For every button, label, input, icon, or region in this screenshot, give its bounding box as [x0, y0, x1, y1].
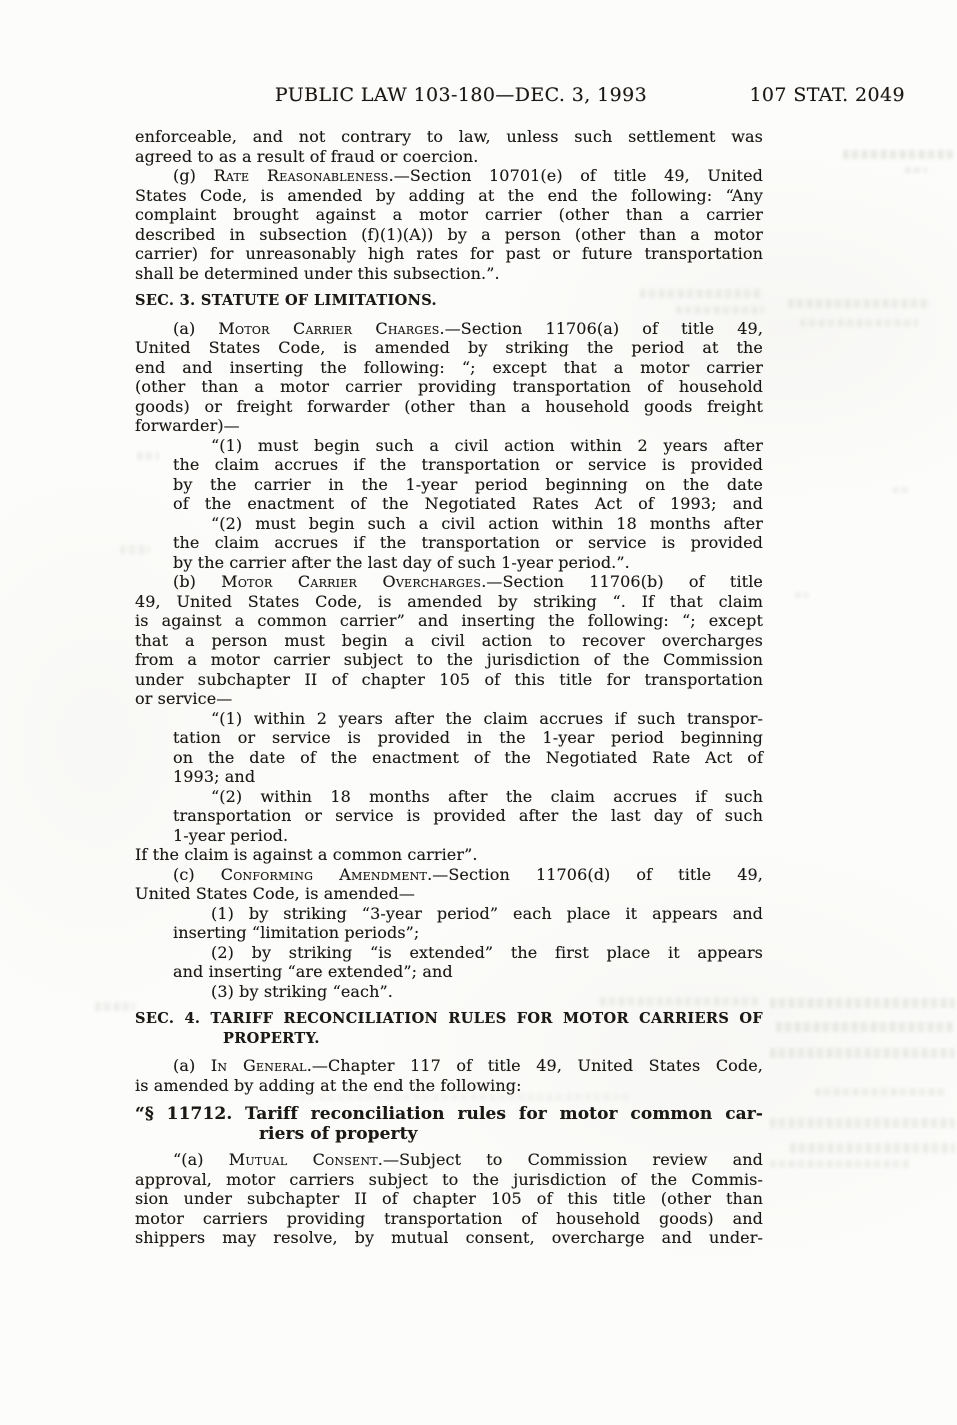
para-a-motor-carrier-charges: (a) Motor Carrier Charges.—Section 11706… — [135, 319, 763, 436]
text-line: the claim accrues if the transportation … — [173, 533, 763, 553]
scanned-statute-page: PUBLIC LAW 103-180—DEC. 3, 1993 107 STAT… — [0, 0, 957, 1425]
heading-section-11712: “§ 11712. Tariff reconciliation rules fo… — [135, 1105, 763, 1144]
bleed-through-artifact — [795, 592, 809, 598]
text-line: riers of property — [135, 1125, 763, 1145]
text-run: or service— — [135, 689, 232, 708]
clause-1-within-2-years: “(1) within 2 years after the claim accr… — [135, 709, 763, 787]
bleed-through-artifact — [800, 319, 918, 327]
text-line: (2) by striking “is extended” the first … — [173, 943, 763, 963]
text-line: 49, United States Code, is amended by st… — [135, 592, 763, 612]
text-run: .—Chapter 117 of title 49, United States… — [307, 1056, 763, 1075]
bleed-through-artifact — [137, 452, 159, 460]
text-line: or service— — [135, 689, 763, 709]
text-line: SEC. 4. TARIFF RECONCILIATION RULES FOR … — [135, 1009, 763, 1029]
text-line: 1993; and — [173, 767, 763, 787]
bleed-through-artifact — [790, 1143, 955, 1153]
text-line: PROPERTY. — [135, 1029, 763, 1049]
bleed-through-artifact — [905, 167, 927, 173]
text-run: described in subsection (f)(1)(A)) by a … — [135, 225, 763, 244]
text-run: complaint brought against a motor carrie… — [135, 205, 763, 224]
text-line: is against a common carrier” and inserti… — [135, 611, 763, 631]
text-run: (a) — [173, 1056, 211, 1075]
text-line: “(1) within 2 years after the claim accr… — [173, 709, 763, 729]
text-run: tation or service is provided in the 1-y… — [173, 728, 763, 747]
text-line: by the carrier after the last day of suc… — [173, 553, 763, 573]
text-line: United States Code, is amended— — [135, 884, 763, 904]
para-a-mutual-consent: “(a) Mutual Consent.—Subject to Commissi… — [135, 1150, 763, 1248]
bleed-through-artifact — [843, 150, 953, 159]
text-line: carrier) for unreasonably high rates for… — [135, 244, 763, 264]
text-line: enforceable, and not contrary to law, un… — [135, 127, 763, 147]
text-run: PROPERTY. — [223, 1030, 320, 1047]
text-line: (b) Motor Carrier Overcharges.—Section 1… — [135, 572, 763, 592]
bleed-through-artifact — [770, 998, 955, 1008]
text-run: “(2) must begin such a civil action with… — [211, 514, 763, 533]
text-run: “(2) within 18 months after the claim ac… — [211, 787, 763, 806]
text-run: motor carriers providing transportation … — [135, 1209, 763, 1228]
clause-2-within-18-months: “(2) within 18 months after the claim ac… — [135, 787, 763, 846]
text-run: shippers may resolve, by mutual consent,… — [135, 1228, 763, 1247]
text-run: on the date of the enactment of the Nego… — [173, 748, 763, 767]
bleed-through-artifact — [640, 289, 762, 298]
text-run: (1) by striking “3-year period” each pla… — [211, 904, 763, 923]
text-run: under subchapter II of chapter 105 of th… — [135, 670, 763, 689]
item-2-striking-is-extended: (2) by striking “is extended” the first … — [135, 943, 763, 982]
text-run: SEC. 4. TARIFF RECONCILIATION RULES FOR … — [135, 1010, 763, 1027]
text-line: shall be determined under this subsectio… — [135, 264, 763, 284]
bleed-through-artifact — [120, 545, 150, 554]
text-line: on the date of the enactment of the Nego… — [173, 748, 763, 768]
text-run: goods) or freight forwarder (other than … — [135, 397, 763, 416]
text-run: from a motor carrier subject to the juri… — [135, 650, 763, 669]
text-run: .—Section 10701(e) of title 49, United — [389, 166, 763, 185]
text-line: end and inserting the following: “; exce… — [135, 358, 763, 378]
text-line: goods) or freight forwarder (other than … — [135, 397, 763, 417]
text-run: is against a common carrier” and inserti… — [135, 611, 763, 630]
text-line: that a person must begin a civil action … — [135, 631, 763, 651]
text-line: complaint brought against a motor carrie… — [135, 205, 763, 225]
text-run: SEC. 3. STATUTE OF LIMITATIONS. — [135, 292, 437, 309]
text-line: the claim accrues if the transportation … — [173, 455, 763, 475]
text-run: sion under subchapter II of chapter 105 … — [135, 1189, 763, 1208]
text-run: “(1) must begin such a civil action with… — [211, 436, 763, 455]
small-caps-term: Motor Carrier Charges — [218, 319, 439, 338]
para-b-motor-carrier-overcharges: (b) Motor Carrier Overcharges.—Section 1… — [135, 572, 763, 709]
text-line: States Code, is amended by adding at the… — [135, 186, 763, 206]
text-line: tation or service is provided in the 1-y… — [173, 728, 763, 748]
text-line: “(a) Mutual Consent.—Subject to Commissi… — [135, 1150, 763, 1170]
bleed-through-artifact — [788, 299, 930, 308]
text-run: inserting “limitation periods”; — [173, 923, 419, 942]
bleed-through-artifact — [600, 997, 760, 1006]
text-line: (g) Rate Reasonableness.—Section 10701(e… — [135, 166, 763, 186]
text-run: enforceable, and not contrary to law, un… — [135, 127, 763, 146]
text-line: (a) In General.—Chapter 117 of title 49,… — [135, 1056, 763, 1076]
text-run: (2) by striking “is extended” the first … — [211, 943, 763, 962]
text-run: .—Section 11706(a) of title 49, — [440, 319, 764, 338]
text-line: “(1) must begin such a civil action with… — [173, 436, 763, 456]
text-line: United States Code, is amended by striki… — [135, 338, 763, 358]
para-a-in-general: (a) In General.—Chapter 117 of title 49,… — [135, 1056, 763, 1095]
text-run: 1-year period. — [173, 826, 288, 845]
text-run: (c) — [173, 865, 221, 884]
text-run: (g) — [173, 166, 214, 185]
text-line: transportation or service is provided af… — [173, 806, 763, 826]
running-header: PUBLIC LAW 103-180—DEC. 3, 1993 107 STAT… — [0, 84, 957, 110]
para-c-conforming-amendment: (c) Conforming Amendment.—Section 11706(… — [135, 865, 763, 904]
text-run: that a person must begin a civil action … — [135, 631, 763, 650]
text-run: (a) — [173, 319, 218, 338]
para-settlement-continuation: enforceable, and not contrary to law, un… — [135, 127, 763, 166]
text-run: 49, United States Code, is amended by st… — [135, 592, 763, 611]
text-run: of the enactment of the Negotiated Rates… — [173, 494, 763, 513]
text-run: States Code, is amended by adding at the… — [135, 186, 763, 205]
text-line: approval, motor carriers subject to the … — [135, 1170, 763, 1190]
text-run: the claim accrues if the transportation … — [173, 455, 763, 474]
text-run: (3) by striking “each”. — [211, 982, 393, 1001]
text-line: (a) Motor Carrier Charges.—Section 11706… — [135, 319, 763, 339]
bleed-through-artifact — [300, 1093, 630, 1101]
small-caps-term: In General — [211, 1056, 307, 1075]
text-run: .—Subject to Commission review and — [378, 1150, 763, 1169]
small-caps-term: Motor Carrier Overcharges — [221, 572, 481, 591]
text-line: (1) by striking “3-year period” each pla… — [173, 904, 763, 924]
text-run: is amended by adding at the end the foll… — [135, 1076, 522, 1095]
text-line: inserting “limitation periods”; — [173, 923, 763, 943]
small-caps-term: Rate Reasonableness — [214, 166, 389, 185]
text-line: (other than a motor carrier providing tr… — [135, 377, 763, 397]
bleed-through-artifact — [893, 487, 909, 493]
item-1-striking-3-year-period: (1) by striking “3-year period” each pla… — [135, 904, 763, 943]
text-run: United States Code, is amended— — [135, 884, 415, 903]
small-caps-term: Mutual Consent — [229, 1150, 378, 1169]
text-line: described in subsection (f)(1)(A)) by a … — [135, 225, 763, 245]
bleed-through-artifact — [770, 1118, 955, 1128]
text-line: “(2) must begin such a civil action with… — [173, 514, 763, 534]
text-run: transportation or service is provided af… — [173, 806, 763, 825]
running-head-stat-number: 107 STAT. 2049 — [749, 84, 905, 106]
text-line: motor carriers providing transportation … — [135, 1209, 763, 1229]
text-run: United States Code, is amended by striki… — [135, 338, 763, 357]
text-run: (other than a motor carrier providing tr… — [135, 377, 763, 396]
text-line: If the claim is against a common carrier… — [135, 845, 763, 865]
bleed-through-artifact — [95, 1002, 135, 1011]
text-line: and inserting “are extended”; and — [173, 962, 763, 982]
text-line: shippers may resolve, by mutual consent,… — [135, 1228, 763, 1248]
text-run: forwarder)— — [135, 416, 240, 435]
text-run: .—Section 11706(b) of title — [481, 572, 763, 591]
clause-2-civil-action-18-months: “(2) must begin such a civil action with… — [135, 514, 763, 573]
text-run: agreed to as a result of fraud or coerci… — [135, 147, 478, 166]
small-caps-term: Conforming Amendment — [221, 865, 427, 884]
bleed-through-artifact — [770, 1048, 955, 1058]
clause-1-civil-action-2-years: “(1) must begin such a civil action with… — [135, 436, 763, 514]
text-run: “(1) within 2 years after the claim accr… — [211, 709, 763, 728]
running-head-law-title: PUBLIC LAW 103-180—DEC. 3, 1993 — [275, 84, 647, 106]
text-run: end and inserting the following: “; exce… — [135, 358, 763, 377]
text-run: by the carrier in the 1-year period begi… — [173, 475, 763, 494]
text-line: under subchapter II of chapter 105 of th… — [135, 670, 763, 690]
text-run: by the carrier after the last day of suc… — [173, 553, 630, 572]
bleed-through-artifact — [815, 1088, 945, 1096]
para-if-claim-common-carrier: If the claim is against a common carrier… — [135, 845, 763, 865]
text-run: shall be determined under this subsectio… — [135, 264, 500, 283]
text-line: “§ 11712. Tariff reconciliation rules fo… — [135, 1105, 763, 1125]
bleed-through-artifact — [676, 306, 764, 314]
text-run: (b) — [173, 572, 221, 591]
text-line: (c) Conforming Amendment.—Section 11706(… — [135, 865, 763, 885]
text-run: “(a) — [173, 1150, 229, 1169]
para-g-rate-reasonableness: (g) Rate Reasonableness.—Section 10701(e… — [135, 166, 763, 283]
heading-sec-4: SEC. 4. TARIFF RECONCILIATION RULES FOR … — [135, 1009, 763, 1048]
text-line: forwarder)— — [135, 416, 763, 436]
text-run: .—Section 11706(d) of title 49, — [427, 865, 763, 884]
text-line: by the carrier in the 1-year period begi… — [173, 475, 763, 495]
text-line: sion under subchapter II of chapter 105 … — [135, 1189, 763, 1209]
text-line: 1-year period. — [173, 826, 763, 846]
bleed-through-artifact — [776, 1022, 954, 1032]
bleed-through-artifact — [770, 1160, 910, 1168]
text-run: and inserting “are extended”; and — [173, 962, 453, 981]
text-run: approval, motor carriers subject to the … — [135, 1170, 763, 1189]
text-run: If the claim is against a common carrier… — [135, 845, 478, 864]
text-line: from a motor carrier subject to the juri… — [135, 650, 763, 670]
text-run: carrier) for unreasonably high rates for… — [135, 244, 763, 263]
text-run: “§ 11712. Tariff reconciliation rules fo… — [135, 1104, 763, 1124]
text-run: riers of property — [259, 1124, 418, 1144]
text-line: “(2) within 18 months after the claim ac… — [173, 787, 763, 807]
text-line: agreed to as a result of fraud or coerci… — [135, 147, 763, 167]
text-line: of the enactment of the Negotiated Rates… — [173, 494, 763, 514]
text-run: the claim accrues if the transportation … — [173, 533, 763, 552]
text-run: 1993; and — [173, 767, 255, 786]
